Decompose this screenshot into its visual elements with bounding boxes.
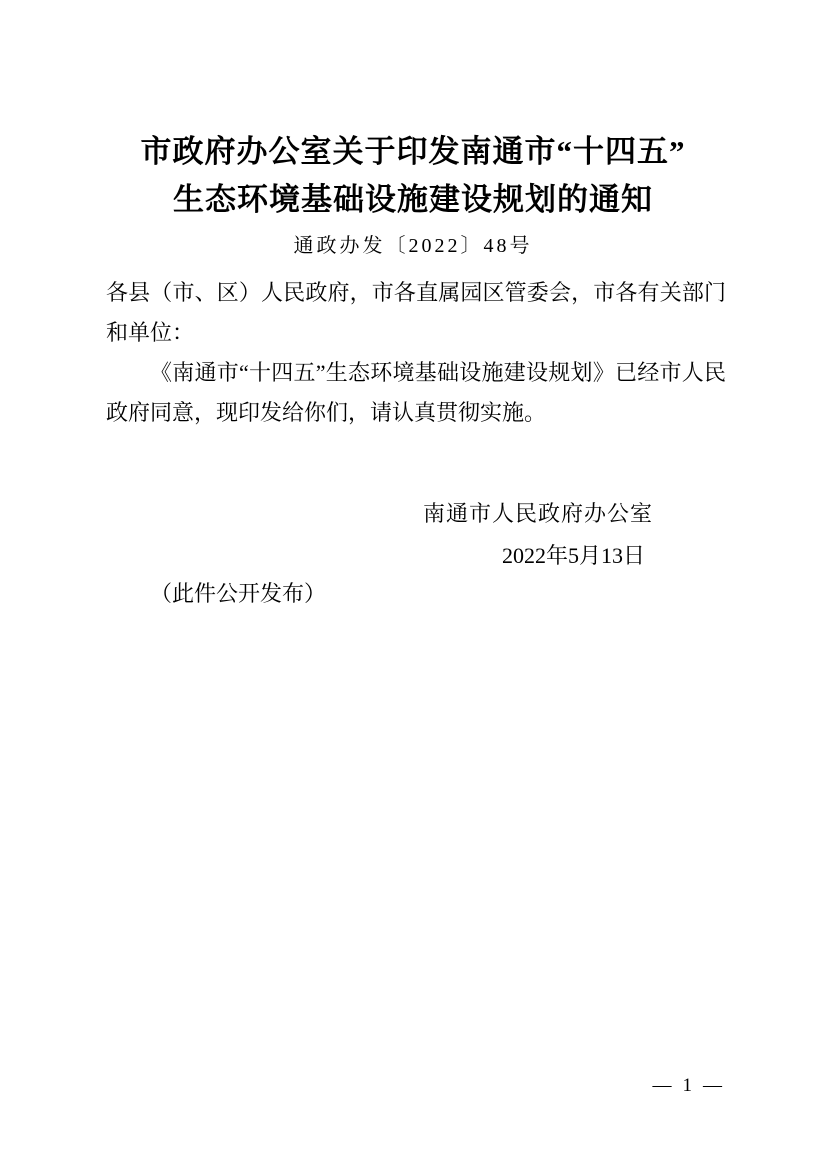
- page-footer: —1—: [653, 1075, 723, 1097]
- signature-block: 南通市人民政府办公室 2022年5月13日: [0, 503, 826, 567]
- footer-page-number: 1: [683, 1075, 693, 1097]
- body-paragraph: 《南通市“十四五”生态环境基础设施建设规划》已经市人民政府同意，现印发给你们，请…: [106, 353, 726, 433]
- document-page: 市政府办公室关于印发南通市“十四五” 生态环境基础设施建设规划的通知 通政办发〔…: [0, 0, 826, 1169]
- publish-note: （此件公开发布）: [106, 581, 826, 607]
- document-number: 通政办发〔2022〕48号: [0, 231, 826, 261]
- issue-date: 2022年5月13日: [0, 545, 653, 567]
- salutation: 各县（市、区）人民政府，市各直属园区管委会，市各有关部门和单位：: [106, 273, 726, 353]
- document-title: 市政府办公室关于印发南通市“十四五” 生态环境基础设施建设规划的通知: [0, 0, 826, 224]
- footer-dash-right: —: [703, 1075, 722, 1097]
- issuing-office: 南通市人民政府办公室: [0, 503, 653, 525]
- title-line-1: 市政府办公室关于印发南通市“十四五”: [0, 128, 826, 176]
- title-line-2: 生态环境基础设施建设规划的通知: [0, 176, 826, 224]
- document-body: 各县（市、区）人民政府，市各直属园区管委会，市各有关部门和单位： 《南通市“十四…: [106, 273, 726, 433]
- footer-dash-left: —: [653, 1075, 672, 1097]
